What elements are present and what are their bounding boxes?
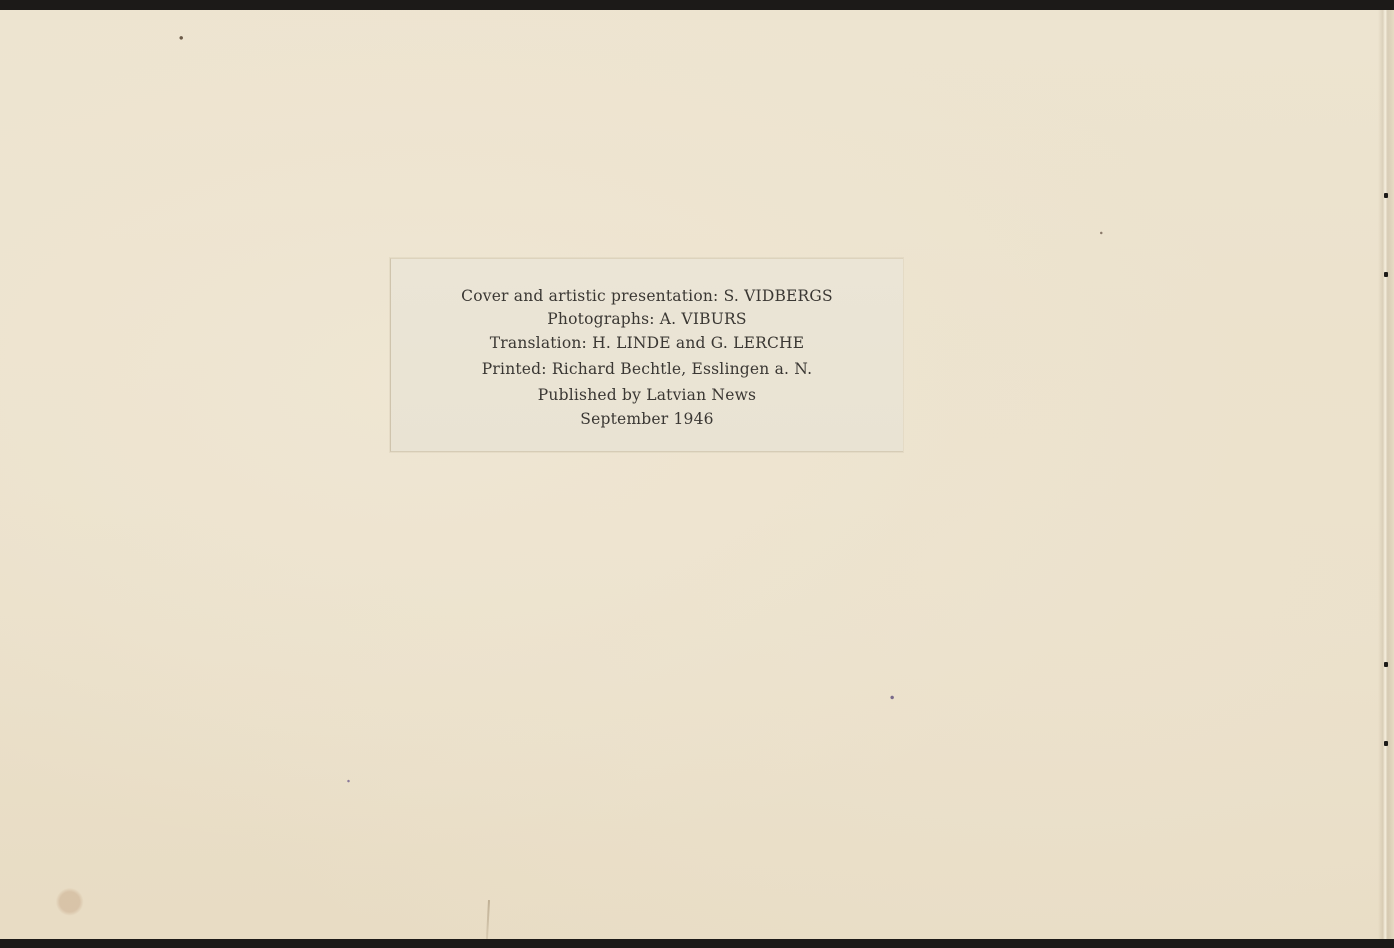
staple-mark [1384, 741, 1388, 746]
credit-cover-artist: Cover and artistic presentation: S. VIDB… [391, 285, 903, 308]
credit-printer: Printed: Richard Bechtle, Esslingen a. N… [391, 356, 903, 382]
credits-label: Cover and artistic presentation: S. VIDB… [390, 258, 903, 452]
staple-mark [1384, 193, 1388, 198]
credit-publisher: Published by Latvian News [391, 382, 903, 408]
spine-fold [1378, 10, 1394, 939]
credit-photographs: Photographs: A. VIBURS [391, 308, 903, 331]
publication-date: September 1946 [391, 408, 903, 431]
staple-mark [1384, 662, 1388, 667]
paper-page [0, 10, 1394, 939]
credits-block: Cover and artistic presentation: S. VIDB… [391, 285, 903, 431]
credit-translation: Translation: H. LINDE and G. LERCHE [391, 330, 903, 356]
scanned-page: Cover and artistic presentation: S. VIDB… [0, 0, 1394, 948]
staple-mark [1384, 272, 1388, 277]
